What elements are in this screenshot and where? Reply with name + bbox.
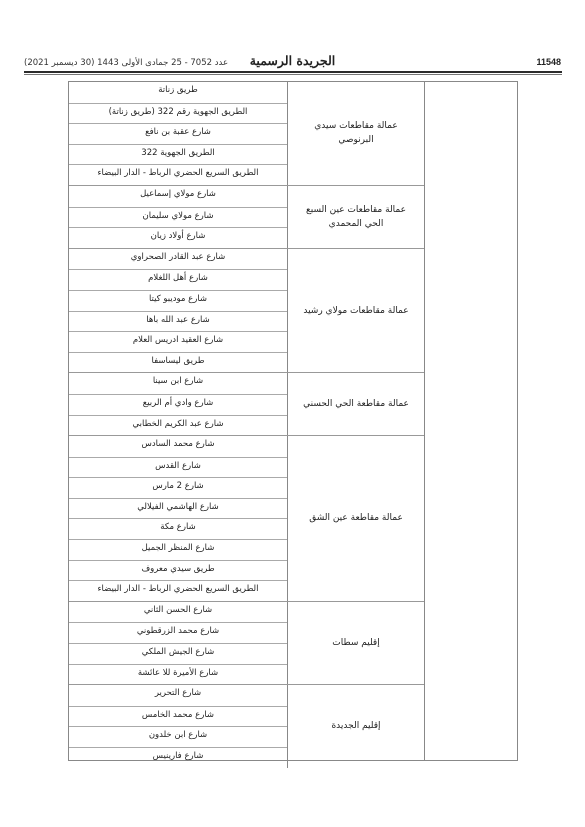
table-row: شارع أولاد زيان bbox=[69, 227, 287, 248]
gazette-title: الجريدة الرسمية bbox=[24, 53, 561, 68]
province-label: إقليم سطات bbox=[287, 602, 424, 684]
table-row: الطريق الجهوية 322 bbox=[69, 144, 287, 165]
empty-column bbox=[424, 82, 517, 760]
header-rule-thin bbox=[24, 74, 562, 75]
table-row: شارع الجيش الملكي bbox=[69, 643, 287, 664]
province-label: إقليم الجديدة bbox=[287, 685, 424, 767]
table-row: طريق سيدي معروف bbox=[69, 560, 287, 581]
prefecture-label: عمالة مقاطعات عين السبع الحي المحمدي bbox=[287, 186, 424, 248]
table-row: شارع ابن خلدون bbox=[69, 726, 287, 747]
table-row: شارع مكة bbox=[69, 518, 287, 539]
table-row: شارع عبد الله باها bbox=[69, 311, 287, 332]
table-row: شارع عبد الكريم الخطابي bbox=[69, 415, 287, 436]
table-row: شارع مولاي إسماعيل bbox=[69, 186, 287, 207]
table-row: الطريق السريع الحضري الرباط - الدار البي… bbox=[69, 580, 287, 601]
table-groups: عمالة مقاطعات سيدي البرنوصي طريق زناتة ا… bbox=[69, 82, 424, 760]
prefecture-label: عمالة مقاطعة الحي الحسني bbox=[287, 373, 424, 435]
street-list: شارع ابن سينا شارع وادي أم الربيع شارع ع… bbox=[69, 373, 287, 435]
table-row: شارع ابن سينا bbox=[69, 373, 287, 394]
table-row: شارع مولاي سليمان bbox=[69, 207, 287, 228]
table-row: شارع موديبو كيتا bbox=[69, 290, 287, 311]
street-list: شارع عبد القادر الصحراوي شارع أهل اللغلا… bbox=[69, 249, 287, 373]
page-header: عدد 7052 - 25 جمادى الأولى 1443 (30 ديسم… bbox=[24, 50, 561, 70]
prefecture-label: عمالة مقاطعات سيدي البرنوصي bbox=[287, 82, 424, 185]
table-row: شارع الحسن الثاني bbox=[69, 602, 287, 623]
table-row: شارع أهل اللغلام bbox=[69, 269, 287, 290]
street-list: شارع محمد السادس شارع القدس شارع 2 مارس … bbox=[69, 436, 287, 601]
table-row: شارع الهاشمي الفيلالي bbox=[69, 498, 287, 519]
table-group-sidi-bernoussi: عمالة مقاطعات سيدي البرنوصي طريق زناتة ا… bbox=[69, 82, 424, 185]
streets-table: عمالة مقاطعات سيدي البرنوصي طريق زناتة ا… bbox=[68, 81, 518, 761]
table-row: شارع التحرير bbox=[69, 685, 287, 706]
table-row: شارع وادي أم الربيع bbox=[69, 394, 287, 415]
table-row: شارع القدس bbox=[69, 457, 287, 478]
table-row: شارع عقبة بن نافع bbox=[69, 123, 287, 144]
page-number: 11548 bbox=[536, 57, 561, 67]
street-list: شارع الحسن الثاني شارع محمد الزرقطوني شا… bbox=[69, 602, 287, 684]
street-list: شارع التحرير شارع محمد الخامس شارع ابن خ… bbox=[69, 685, 287, 767]
table-group-hay-hassani: عمالة مقاطعة الحي الحسني شارع ابن سينا ش… bbox=[69, 372, 424, 435]
table-group-ain-chock: عمالة مقاطعة عين الشق شارع محمد السادس ش… bbox=[69, 435, 424, 601]
table-group-settat: إقليم سطات شارع الحسن الثاني شارع محمد ا… bbox=[69, 601, 424, 684]
header-rule bbox=[24, 71, 562, 73]
table-row: شارع محمد الزرقطوني bbox=[69, 622, 287, 643]
table-row: طريق ليساسفا bbox=[69, 352, 287, 373]
table-row: الطريق السريع الحضري الرباط - الدار البي… bbox=[69, 164, 287, 185]
table-row: شارع المنظر الجميل bbox=[69, 539, 287, 560]
table-row: شارع العقيد ادريس العلام bbox=[69, 331, 287, 352]
table-row: شارع محمد السادس bbox=[69, 436, 287, 457]
street-list: شارع مولاي إسماعيل شارع مولاي سليمان شار… bbox=[69, 186, 287, 248]
table-row: شارع فارينيس bbox=[69, 747, 287, 768]
table-row: شارع 2 مارس bbox=[69, 477, 287, 498]
table-row: شارع الأميرة للا عائشة bbox=[69, 664, 287, 685]
table-row: الطريق الجهوية رقم 322 (طريق زناتة) bbox=[69, 103, 287, 124]
street-list: طريق زناتة الطريق الجهوية رقم 322 (طريق … bbox=[69, 82, 287, 185]
table-group-el-jadida: إقليم الجديدة شارع التحرير شارع محمد الخ… bbox=[69, 684, 424, 767]
table-group-moulay-rachid: عمالة مقاطعات مولاي رشيد شارع عبد القادر… bbox=[69, 248, 424, 373]
prefecture-label: عمالة مقاطعة عين الشق bbox=[287, 436, 424, 601]
table-row: طريق زناتة bbox=[69, 82, 287, 103]
table-group-ain-sebaa: عمالة مقاطعات عين السبع الحي المحمدي شار… bbox=[69, 185, 424, 248]
table-row: شارع محمد الخامس bbox=[69, 706, 287, 727]
prefecture-label: عمالة مقاطعات مولاي رشيد bbox=[287, 249, 424, 373]
table-row: شارع عبد القادر الصحراوي bbox=[69, 249, 287, 270]
